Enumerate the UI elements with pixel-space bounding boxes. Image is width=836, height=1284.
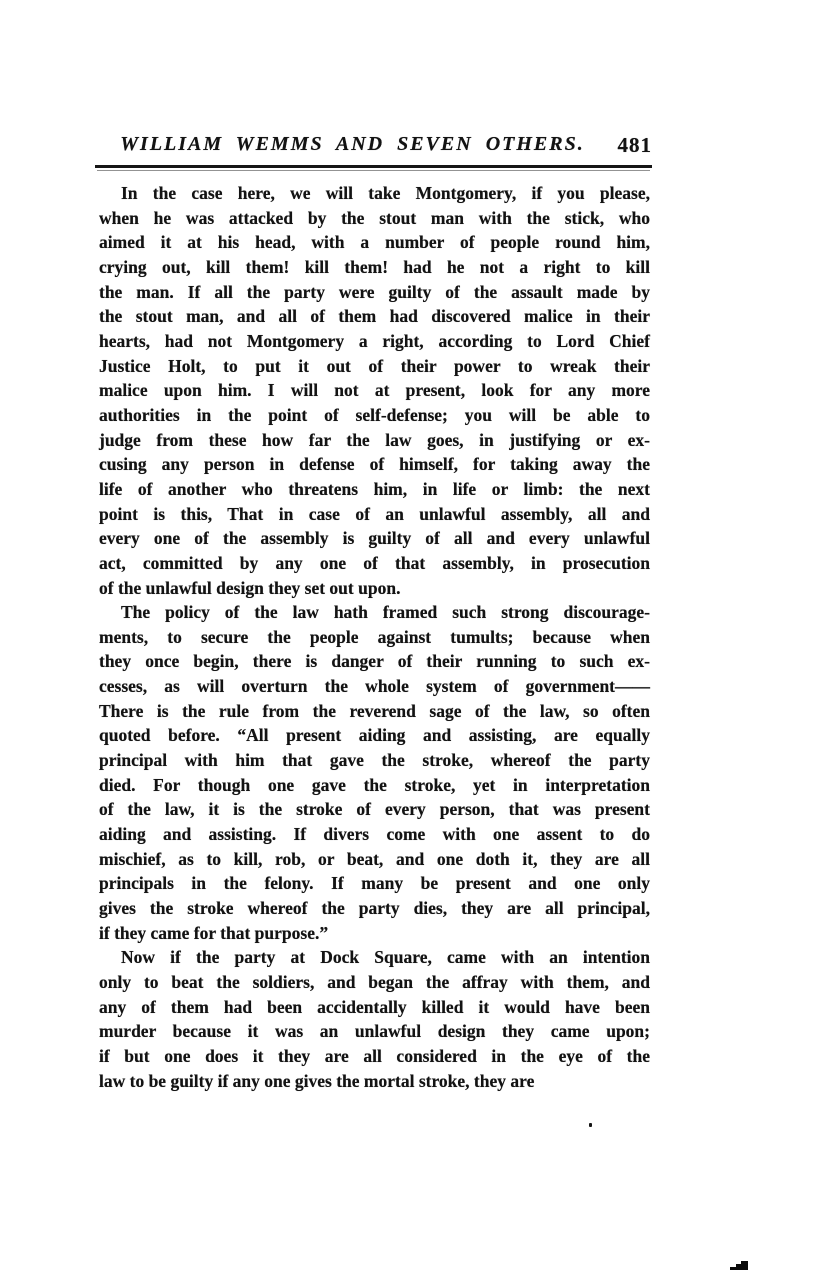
ink-smudge-artifact [730, 1261, 748, 1270]
text-line: act, committed by any one of that assemb… [99, 551, 650, 576]
book-page: WILLIAM WEMMS AND SEVEN OTHERS. 481 In t… [0, 0, 836, 1284]
text-line: they once begin, there is danger of thei… [99, 649, 650, 674]
text-line: In the case here, we will take Montgomer… [99, 181, 650, 206]
text-line: point is this, That in case of an unlawf… [99, 502, 650, 527]
text-line: mischief, as to kill, rob, or beat, and … [99, 847, 650, 872]
page-body: In the case here, we will take Montgomer… [99, 181, 650, 1093]
text-line: malice upon him. I will not at present, … [99, 378, 650, 403]
text-line: if they came for that purpose.” [99, 921, 650, 946]
text-line: ments, to secure the people against tumu… [99, 625, 650, 650]
header-rule [95, 165, 652, 168]
text-line: if but one does it they are all consider… [99, 1044, 650, 1069]
paragraph: In the case here, we will take Montgomer… [99, 181, 650, 600]
text-line: aiding and assisting. If divers come wit… [99, 822, 650, 847]
running-header: WILLIAM WEMMS AND SEVEN OTHERS. 481 [99, 133, 652, 159]
text-line: law to be guilty if any one gives the mo… [99, 1069, 650, 1094]
header-rule-shadow [97, 170, 650, 171]
text-line: murder because it was an unlawful design… [99, 1019, 650, 1044]
text-line: crying out, kill them! kill them! had he… [99, 255, 650, 280]
text-line: principals in the felony. If many be pre… [99, 871, 650, 896]
text-line: There is the rule from the reverend sage… [99, 699, 650, 724]
text-line: authorities in the point of self-defense… [99, 403, 650, 428]
text-line: of the unlawful design they set out upon… [99, 576, 650, 601]
text-line: of the law, it is the stroke of every pe… [99, 797, 650, 822]
page-number: 481 [618, 133, 653, 158]
text-line: aimed it at his head, with a number of p… [99, 230, 650, 255]
text-line: Now if the party at Dock Square, came wi… [99, 945, 650, 970]
text-line: The policy of the law hath framed such s… [99, 600, 650, 625]
text-line: the stout man, and all of them had disco… [99, 304, 650, 329]
text-line: gives the stroke whereof the party dies,… [99, 896, 650, 921]
text-line: the man. If all the party were guilty of… [99, 280, 650, 305]
text-line: principal with him that gave the stroke,… [99, 748, 650, 773]
text-line: hearts, had not Montgomery a right, acco… [99, 329, 650, 354]
text-line: any of them had been accidentally killed… [99, 995, 650, 1020]
text-line: judge from these how far the law goes, i… [99, 428, 650, 453]
ink-speck-artifact [589, 1123, 592, 1127]
text-line: cesses, as will overturn the whole syste… [99, 674, 650, 699]
text-line: when he was attacked by the stout man wi… [99, 206, 650, 231]
ink-smudge-step [741, 1261, 748, 1270]
paragraph: The policy of the law hath framed such s… [99, 600, 650, 945]
text-line: only to beat the soldiers, and began the… [99, 970, 650, 995]
text-line: every one of the assembly is guilty of a… [99, 526, 650, 551]
text-line: quoted before. “All present aiding and a… [99, 723, 650, 748]
header-title: WILLIAM WEMMS AND SEVEN OTHERS. [99, 133, 606, 156]
text-line: life of another who threatens him, in li… [99, 477, 650, 502]
text-line: Justice Holt, to put it out of their pow… [99, 354, 650, 379]
text-line: died. For though one gave the stroke, ye… [99, 773, 650, 798]
paragraph: Now if the party at Dock Square, came wi… [99, 945, 650, 1093]
text-line: cusing any person in defense of himself,… [99, 452, 650, 477]
